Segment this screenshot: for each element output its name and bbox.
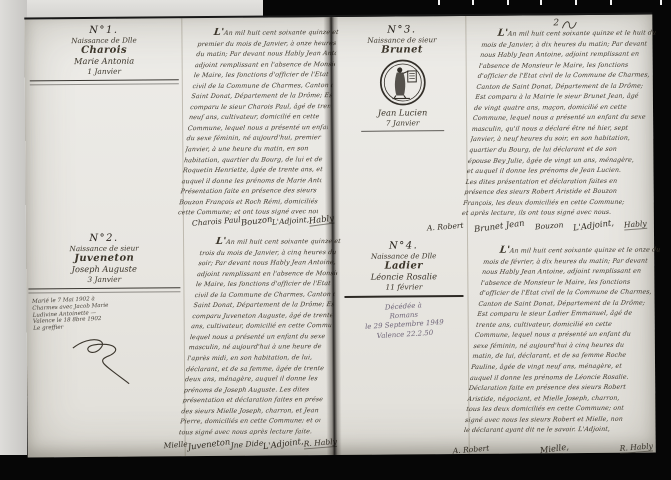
manuscript-line: L'An mil huit cent soixante quinze et le — [200, 236, 341, 249]
entry-1-signatures: Charois PaulBouzonL'Adjoint,Hably — [192, 214, 329, 226]
entry-3-signatures: A. RobertBrunet JeanBouzonL'Adjoint,Habl… — [427, 220, 647, 232]
manuscript-line: et auquel il donne les prénoms de Jean L… — [466, 166, 646, 178]
signature: A. Robert — [452, 444, 489, 456]
manuscript-line: l'après midi, en son habitation, de lui, — [187, 353, 328, 365]
manuscript-line: du matin; Par devant nous Hably Jean Ant… — [196, 49, 337, 61]
manuscript-line: Commune, lequel nous a présenté un enfan… — [474, 330, 654, 342]
signature: Jne Dide — [230, 438, 263, 450]
entry-3-margin: N°3. Naissance de sieur Brunet Jean Luci… — [342, 24, 462, 132]
manuscript-line: L'An mil huit cent soixante quinze et le — [198, 27, 339, 40]
manuscript-line: le déclarant ayant dit ne le savoir. L'A… — [463, 425, 643, 437]
act-given-names: Léoncie Rosalie — [344, 271, 463, 282]
manuscript-line: Est comparu le sieur Ladier Emmanuel, âg… — [477, 309, 657, 321]
act-given-names: Marie Antonia — [30, 55, 179, 66]
entry-2-margin: N°2. Naissance de sieur Juveneton Joseph… — [28, 232, 181, 392]
signature: Mielle — [163, 439, 188, 450]
page-left: N°1. Naissance de Dlle Charois Marie Ant… — [24, 17, 330, 457]
signature: Charois Paul — [192, 215, 241, 228]
signature: L'Adjoint, — [573, 217, 615, 232]
act-surname: Brunet — [343, 44, 462, 56]
manuscript-line: présentation et déclaration faites en pr… — [182, 395, 323, 407]
greffier-paraph-icon — [35, 331, 181, 392]
film-tick — [540, 0, 542, 5]
signature: Mielle, — [539, 441, 569, 455]
entry-4-signatures: A. RobertMielle,R. Hably — [453, 443, 653, 455]
manuscript-line: Déclaration faite en présence des sieurs… — [468, 383, 648, 395]
manuscript-line: François, les deux domiciliés en cette C… — [462, 197, 642, 209]
scan-background-left — [0, 0, 27, 455]
act-date: 3 Janvier — [28, 274, 180, 284]
rule-line — [28, 287, 180, 293]
manuscript-line: nous Hably Jean Antoine, adjoint remplis… — [481, 267, 661, 279]
register-double-page: N°1. Naissance de Dlle Charois Marie Ant… — [24, 13, 655, 458]
signature: Brunet Jean — [473, 218, 525, 234]
entry-2-signatures: MielleJuvenetonJne DideL'Adjoint,R. Habl… — [164, 438, 330, 449]
rule-line — [344, 295, 463, 298]
entry-1-text: L'An mil huit cent soixante quinze et le… — [177, 27, 339, 222]
manuscript-line: le Maire, les fonctions d'officier de l'… — [195, 279, 336, 291]
act-given-names: Jean Lucien — [343, 107, 462, 118]
entry-1-margin: N°1. Naissance de Dlle Charois Marie Ant… — [29, 24, 178, 85]
film-tick — [575, 0, 577, 5]
film-tick — [660, 0, 662, 5]
manuscript-line: Présentation faite en présence des sieur… — [180, 186, 321, 198]
rule-line — [30, 79, 179, 85]
manuscript-line: Roquetin Henriette, âgée de trente ans, … — [182, 165, 323, 177]
death-annotation: Décédée àRomansle 29 Septembre 1949Valen… — [344, 299, 465, 343]
manuscript-line: signé avec nous les sieurs Robert et Mie… — [464, 414, 644, 426]
film-tick — [438, 0, 440, 5]
revenue-stamp-icon — [378, 58, 426, 106]
manuscript-line: le Maire, les fonctions d'officier de l'… — [193, 70, 334, 82]
act-given-names: Joseph Auguste — [28, 263, 180, 274]
rule-line — [361, 130, 444, 132]
signature: A. Robert — [427, 221, 464, 233]
page-right: 2 N°3. Naissance de sieur Brunet — [337, 15, 655, 455]
act-date: 11 février — [344, 282, 463, 292]
film-tick — [507, 0, 509, 5]
signature: Juveneton — [187, 436, 231, 451]
signature: L'Adjoint, — [272, 215, 310, 227]
manuscript-line: matin, de lui, déclarant, et de sa femme… — [472, 351, 652, 363]
entry-2-text: L'An mil huit cent soixante quinze et le… — [178, 236, 341, 439]
entry-3-text: L'An mil huit cent soixante quinze et le… — [461, 27, 662, 221]
manuscript-line: L'An mil huit cent soixante quinze et le… — [484, 244, 664, 257]
signature: Bouzon — [534, 220, 563, 231]
entry-4-text: L'An mil huit cent soixante quinze et le… — [463, 244, 665, 442]
act-date: 1 Janvier — [30, 66, 179, 76]
manuscript-line: nous Hably Jean Antoine, adjoint remplis… — [479, 50, 659, 62]
act-number: N°3. — [342, 24, 461, 36]
signature: L'Adjoint, — [263, 436, 305, 451]
signature: Hably — [624, 219, 647, 231]
signature: Bouzon — [240, 214, 272, 228]
marriage-annotation: Marié le 7 Mai 1902 àCharmes avec Jacob … — [28, 293, 181, 333]
manuscript-line: Janvier, à une heure du matin, en son — [185, 144, 326, 156]
manuscript-line: Janvier, à neuf heures du soir, en son h… — [470, 134, 650, 146]
microfilm-scan: N°1. Naissance de Dlle Charois Marie Ant… — [0, 0, 671, 480]
manuscript-line: et après lecture, ils ont tous signé ave… — [461, 208, 641, 220]
film-tick — [610, 0, 612, 5]
manuscript-line: deux ans, ménagère, auquel il donne les — [184, 374, 325, 386]
manuscript-line: L'An mil huit cent soixante quinze et le… — [482, 27, 662, 40]
film-tick — [472, 0, 474, 5]
folio-number-text: 2 — [553, 18, 559, 28]
act-date: 7 Janvier — [343, 118, 462, 128]
manuscript-line: Est comparu à la Mairie le sieur Brunet … — [475, 92, 655, 104]
manuscript-line: soir; Par devant nous Hably Jean Antoine… — [198, 258, 339, 270]
signature: R. Hably — [619, 441, 653, 454]
entry-4-margin: N°4. Naissance de Dlle Ladier Léoncie Ro… — [344, 240, 464, 340]
